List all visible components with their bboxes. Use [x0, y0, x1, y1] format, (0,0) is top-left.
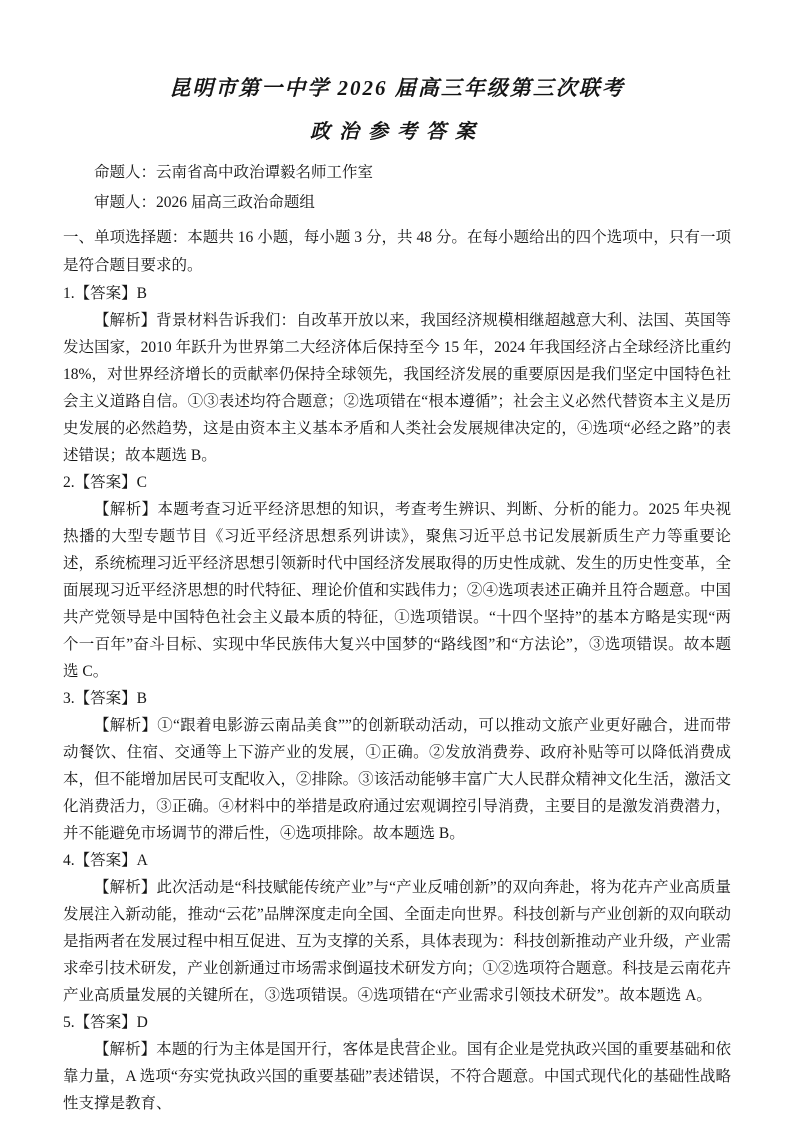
answer-letter: A	[137, 852, 148, 869]
answer-label: 【答案】	[75, 474, 137, 491]
analysis-label: 【解析】	[94, 312, 156, 329]
document-title: 昆明市第一中学 2026 届高三年级第三次联考	[63, 72, 731, 104]
proposer-label: 命题人：	[94, 164, 156, 181]
analysis-paragraph: 【解析】①“跟着电影游云南品美食””的创新联动活动，可以推动文旅产业更好融合，进…	[63, 712, 731, 847]
answer-line: 4.【答案】A	[63, 847, 731, 874]
section-intro: 一、单项选择题：本题共 16 小题，每小题 3 分，共 48 分。在每小题给出的…	[63, 224, 731, 280]
analysis-label: 【解析】	[94, 879, 156, 896]
answer-block-2: 2.【答案】C 【解析】本题考查习近平经济思想的知识，考查考生辨识、判断、分析的…	[63, 469, 731, 685]
analysis-paragraph: 【解析】此次活动是“科技赋能传统产业”与“产业反哺创新”的双向奔赴，将为花卉产业…	[63, 874, 731, 1009]
answer-label: 【答案】	[75, 690, 137, 707]
answer-letter: C	[137, 474, 147, 491]
answer-block-1: 1.【答案】B 【解析】背景材料告诉我们：自改革开放以来，我国经济规模相继超越意…	[63, 280, 731, 469]
answer-number: 1.	[63, 285, 75, 302]
answer-label: 【答案】	[75, 1014, 137, 1031]
answer-label: 【答案】	[75, 852, 137, 869]
analysis-label: 【解析】	[94, 717, 157, 734]
analysis-text: 背景材料告诉我们：自改革开放以来，我国经济规模相继超越意大利、法国、英国等发达国…	[63, 312, 731, 464]
answer-line: 5.【答案】D	[63, 1009, 731, 1036]
proposer-value: 云南省高中政治谭毅名师工作室	[156, 164, 373, 181]
document-subtitle: 政治参考答案	[63, 118, 731, 146]
answer-number: 3.	[63, 690, 75, 707]
answer-block-4: 4.【答案】A 【解析】此次活动是“科技赋能传统产业”与“产业反哺创新”的双向奔…	[63, 847, 731, 1009]
answer-line: 1.【答案】B	[63, 280, 731, 307]
analysis-paragraph: 【解析】本题考查习近平经济思想的知识，考查考生辨识、判断、分析的能力。2025 …	[63, 496, 731, 685]
document-page: 昆明市第一中学 2026 届高三年级第三次联考 政治参考答案 命题人：云南省高中…	[0, 0, 794, 1123]
answer-line: 3.【答案】B	[63, 685, 731, 712]
proposer-line: 命题人：云南省高中政治谭毅名师工作室	[63, 158, 731, 188]
answer-number: 4.	[63, 852, 75, 869]
answer-number: 2.	[63, 474, 75, 491]
reviewer-value: 2026 届高三政治命题组	[156, 194, 315, 211]
analysis-text: 此次活动是“科技赋能传统产业”与“产业反哺创新”的双向奔赴，将为花卉产业高质量发…	[63, 879, 731, 1004]
answer-line: 2.【答案】C	[63, 469, 731, 496]
analysis-text: 本题考查习近平经济思想的知识，考查考生辨识、判断、分析的能力。2025 年央视热…	[63, 501, 731, 680]
answer-block-3: 3.【答案】B 【解析】①“跟着电影游云南品美食””的创新联动活动，可以推动文旅…	[63, 685, 731, 847]
reviewer-label: 审题人：	[94, 194, 156, 211]
analysis-paragraph: 【解析】背景材料告诉我们：自改革开放以来，我国经济规模相继超越意大利、法国、英国…	[63, 307, 731, 469]
answer-letter: B	[137, 285, 147, 302]
analysis-label: 【解析】	[94, 501, 157, 518]
reviewer-line: 审题人：2026 届高三政治命题组	[63, 188, 731, 218]
answer-label: 【答案】	[75, 285, 137, 302]
answer-number: 5.	[63, 1014, 75, 1031]
answer-letter: B	[137, 690, 147, 707]
page-number: 1	[0, 1036, 794, 1052]
analysis-text: ①“跟着电影游云南品美食””的创新联动活动，可以推动文旅产业更好融合，进而带动餐…	[63, 717, 731, 842]
answer-block-5: 5.【答案】D 【解析】本题的行为主体是国开行，客体是民营企业。国有企业是党执政…	[63, 1009, 731, 1117]
meta-block: 命题人：云南省高中政治谭毅名师工作室 审题人：2026 届高三政治命题组	[63, 158, 731, 218]
answer-letter: D	[137, 1014, 148, 1031]
